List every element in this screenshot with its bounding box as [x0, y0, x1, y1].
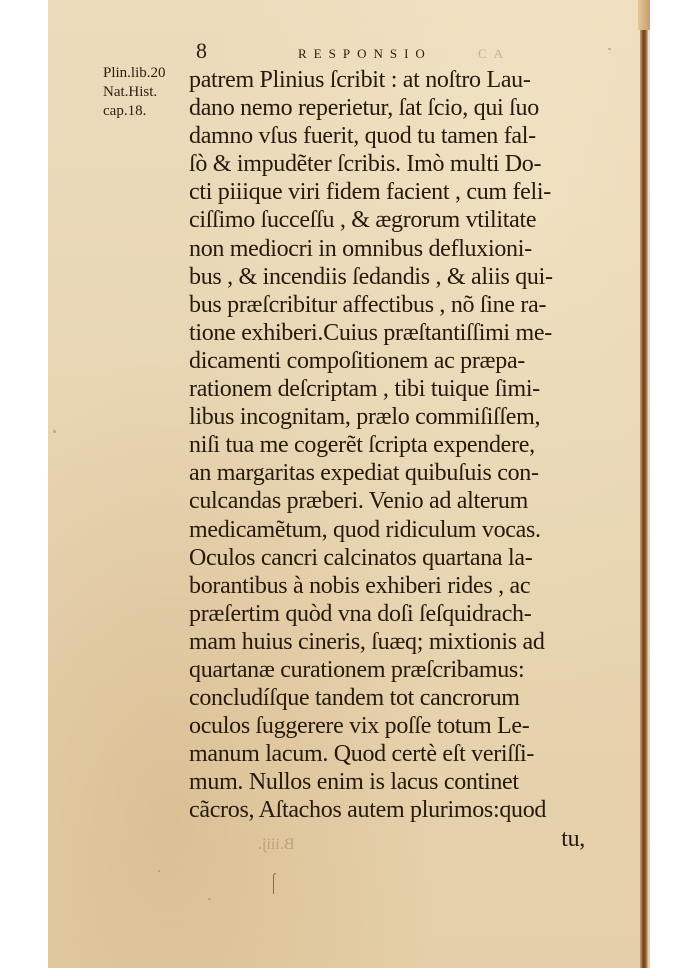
text-line: damno vſus fuerit, quod tu tamen fal-: [189, 122, 599, 150]
text-line: cti piiique viri fidem facient , cum fel…: [189, 178, 599, 206]
text-line: niſi tua me cogerẽt ſcripta expendere,: [189, 431, 599, 459]
paper-stain: [208, 898, 211, 900]
text-line: medicamẽtum, quod ridiculum vocas.: [189, 516, 599, 544]
text-line: patrem Plinius ſcribit : at noſtro Lau-: [189, 66, 599, 94]
text-line: præſertim quòd vna doſi ſeſquidrach-: [189, 600, 599, 628]
text-line: an margaritas expediat quibuſuis con-: [189, 459, 599, 487]
paper-stain: [53, 430, 56, 433]
text-line: bus , & incendiis ſedandis , & aliis qui…: [189, 263, 599, 291]
text-line: manum lacum. Quod certè eſt veriſſi-: [189, 740, 599, 768]
margin-note-line: Plin.lib.20: [103, 64, 193, 83]
text-line: rationem deſcriptam , tibi tuique ſimi-: [189, 375, 599, 403]
page-number: 8: [196, 38, 207, 64]
text-line: dano nemo reperietur, ſat ſcio, qui ſuo: [189, 94, 599, 122]
text-line: libus incognitam, prælo commiſiſſem,: [189, 403, 599, 431]
running-title: RESPONSIO: [298, 46, 432, 62]
text-line: Oculos cancri calcinatos quartana la-: [189, 544, 599, 572]
paper-stain: [158, 870, 160, 872]
text-line: ciſſimo ſucceſſu , & ægrorum vtilitate: [189, 206, 599, 234]
text-line: mam huius cineris, ſuæq; mixtionis ad: [189, 628, 599, 656]
text-line: ſò & impudẽter ſcribis. Imò multi Do-: [189, 150, 599, 178]
text-line: borantibus à nobis exhiberi rides , ac: [189, 572, 599, 600]
text-line: non mediocri in omnibus defluxioni-: [189, 235, 599, 263]
catchword: tu,: [189, 825, 599, 853]
text-line: oculos ſuggerere vix poſſe totum Le-: [189, 712, 599, 740]
page-edge-top: [638, 0, 650, 30]
page-fore-edge: [640, 30, 648, 968]
margin-note-line: Nat.Hist.: [103, 83, 193, 102]
text-line: quartanæ curationem præſcribamus:: [189, 656, 599, 684]
text-line: culcandas præberi. Venio ad alterum: [189, 487, 599, 515]
margin-note-line: cap.18.: [103, 102, 193, 121]
signature-showthrough: B.iiij.: [258, 836, 294, 854]
text-line: cãcros, Aſtachos autem plurimos:quod: [189, 796, 599, 824]
text-line: mum. Nullos enim is lacus continet: [189, 768, 599, 796]
paper-stain: [608, 48, 611, 50]
text-line: concludíſque tandem tot cancrorum: [189, 684, 599, 712]
text-line: dicamenti compoſitionem ac præpa-: [189, 347, 599, 375]
text-line: tione exhiberi.Cuius præſtantiſſimi me-: [189, 319, 599, 347]
running-title-showthrough: CA: [478, 46, 510, 62]
page-header: 8 RESPONSIO CA: [188, 38, 588, 68]
margin-note: Plin.lib.20 Nat.Hist. cap.18.: [103, 64, 193, 121]
ink-mark: [273, 873, 276, 894]
text-line: bus præſcribitur affectibus , nõ ſine ra…: [189, 291, 599, 319]
body-text: patrem Plinius ſcribit : at noſtro Lau- …: [189, 66, 599, 853]
